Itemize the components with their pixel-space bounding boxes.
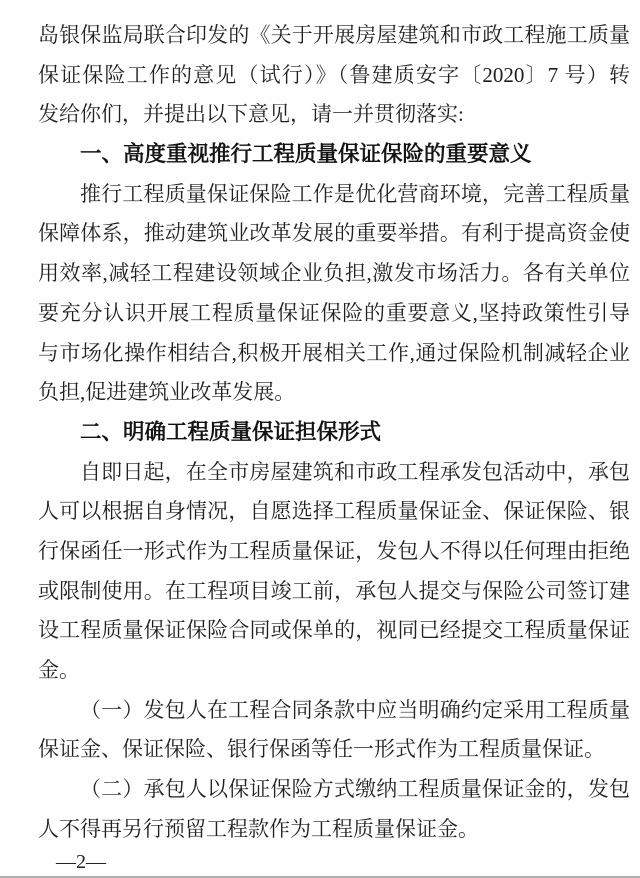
doc-line: 保证保险工作的意见（试行）》（鲁建质安字〔2020〕7 号）转 [38,56,630,96]
doc-line: 要充分认识开展工程质量保证保险的重要意义,坚持政策性引导 [38,294,630,334]
document-body: 岛银保监局联合印发的《关于开展房屋建筑和市政工程施工质量 保证保险工作的意见（试… [38,16,630,849]
doc-line: （二）承包人以保证保险方式缴纳工程质量保证金的，发包 [38,770,630,810]
document-page: 岛银保监局联合印发的《关于开展房屋建筑和市政工程施工质量 保证保险工作的意见（试… [0,0,640,878]
section-heading-1: 一、高度重视推行工程质量保证保险的重要意义 [38,135,630,175]
doc-line: 岛银保监局联合印发的《关于开展房屋建筑和市政工程施工质量 [38,16,630,56]
doc-line: 保证金、保证保险、银行保函等任一形式作为工程质量保证。 [38,730,630,770]
doc-line: 人可以根据自身情况，自愿选择工程质量保证金、保证保险、银 [38,492,630,532]
doc-line: 发给你们，并提出以下意见，请一并贯彻落实: [38,95,630,135]
doc-line: 推行工程质量保证保险工作是优化营商环境，完善工程质量 [38,175,630,215]
doc-line: 自即日起，在全市房屋建筑和市政工程承发包活动中，承包 [38,453,630,493]
doc-line: 设工程质量保证保险合同或保单的，视同已经提交工程质量保证 [38,611,630,651]
doc-line: 金。 [38,651,630,691]
doc-line: 保障体系，推动建筑业改革发展的重要举措。有利于提高资金使 [38,214,630,254]
page-number: —2— [56,850,106,874]
doc-line: 或限制使用。在工程项目竣工前，承包人提交与保险公司签订建 [38,572,630,612]
doc-line: 负担,促进建筑业改革发展。 [38,373,630,413]
doc-line: 用效率,减轻工程建设领域企业负担,激发市场活力。各有关单位 [38,254,630,294]
doc-line: 行保函任一形式作为工程质量保证，发包人不得以任何理由拒绝 [38,532,630,572]
doc-line: 与市场化操作相结合,积极开展相关工作,通过保险机制减轻企业 [38,334,630,374]
doc-line: （一）发包人在工程合同条款中应当明确约定采用工程质量 [38,691,630,731]
section-heading-2: 二、明确工程质量保证担保形式 [38,413,630,453]
doc-line: 人不得再另行预留工程款作为工程质量保证金。 [38,810,630,850]
